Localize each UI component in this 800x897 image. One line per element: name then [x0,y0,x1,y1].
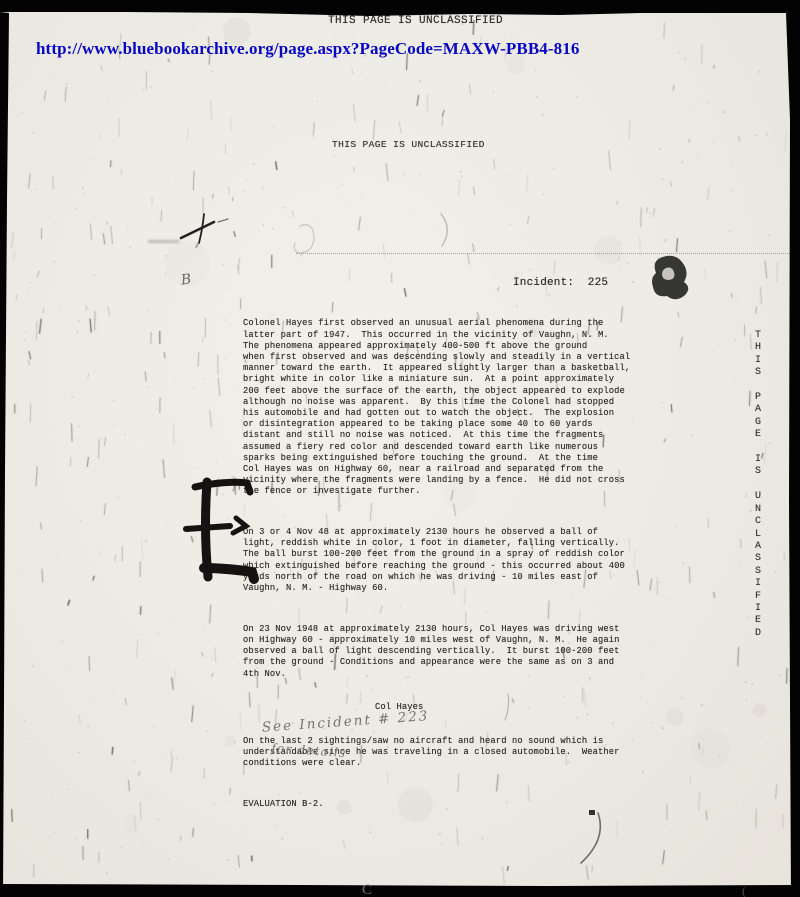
pencil-b-mark: B [180,271,192,288]
bluebook-archive-url-link[interactable]: http://www.bluebookarchive.org/page.aspx… [36,39,579,59]
paragraph-sighting-1947: Colonel Hayes first observed an unusual … [243,318,713,497]
pencil-check-mark [181,214,228,243]
classification-header: THIS PAGE IS UNCLASSIFIED [332,139,485,150]
paragraph-sighting-nov-23: On 23 Nov 1948 at approximately 2130 hou… [243,624,713,680]
handwritten-note-part2: for details [271,741,347,760]
scan-smudge-dash [148,240,179,243]
bottom-bar-paren-glyph: ( [742,884,746,897]
left-black-bar [0,12,9,897]
bottom-bar-c-glyph: C [362,882,372,897]
paragraph-sighting-nov-3-4: On 3 or 4 Nov 48 at approximately 2130 h… [243,527,713,594]
bottom-black-bar [0,884,800,897]
top-classification-banner: THIS PAGE IS UNCLASSIFIED [328,15,503,27]
side-classification-banner: T H I S P A G E I S U N C L A S S I F I … [755,330,761,640]
right-black-bar [786,13,800,897]
scanned-document-page: THIS PAGE IS UNCLASSIFIED http://www.blu… [0,0,800,897]
handwritten-note-part1: See Incident # 223 [261,708,430,736]
incident-label: Incident: 225 [513,277,608,289]
evaluation-line: EVALUATION B-2. [243,799,713,810]
top-black-bar [0,0,800,16]
scan-fold-dotted-line [296,253,790,254]
ink-blob [652,256,688,300]
